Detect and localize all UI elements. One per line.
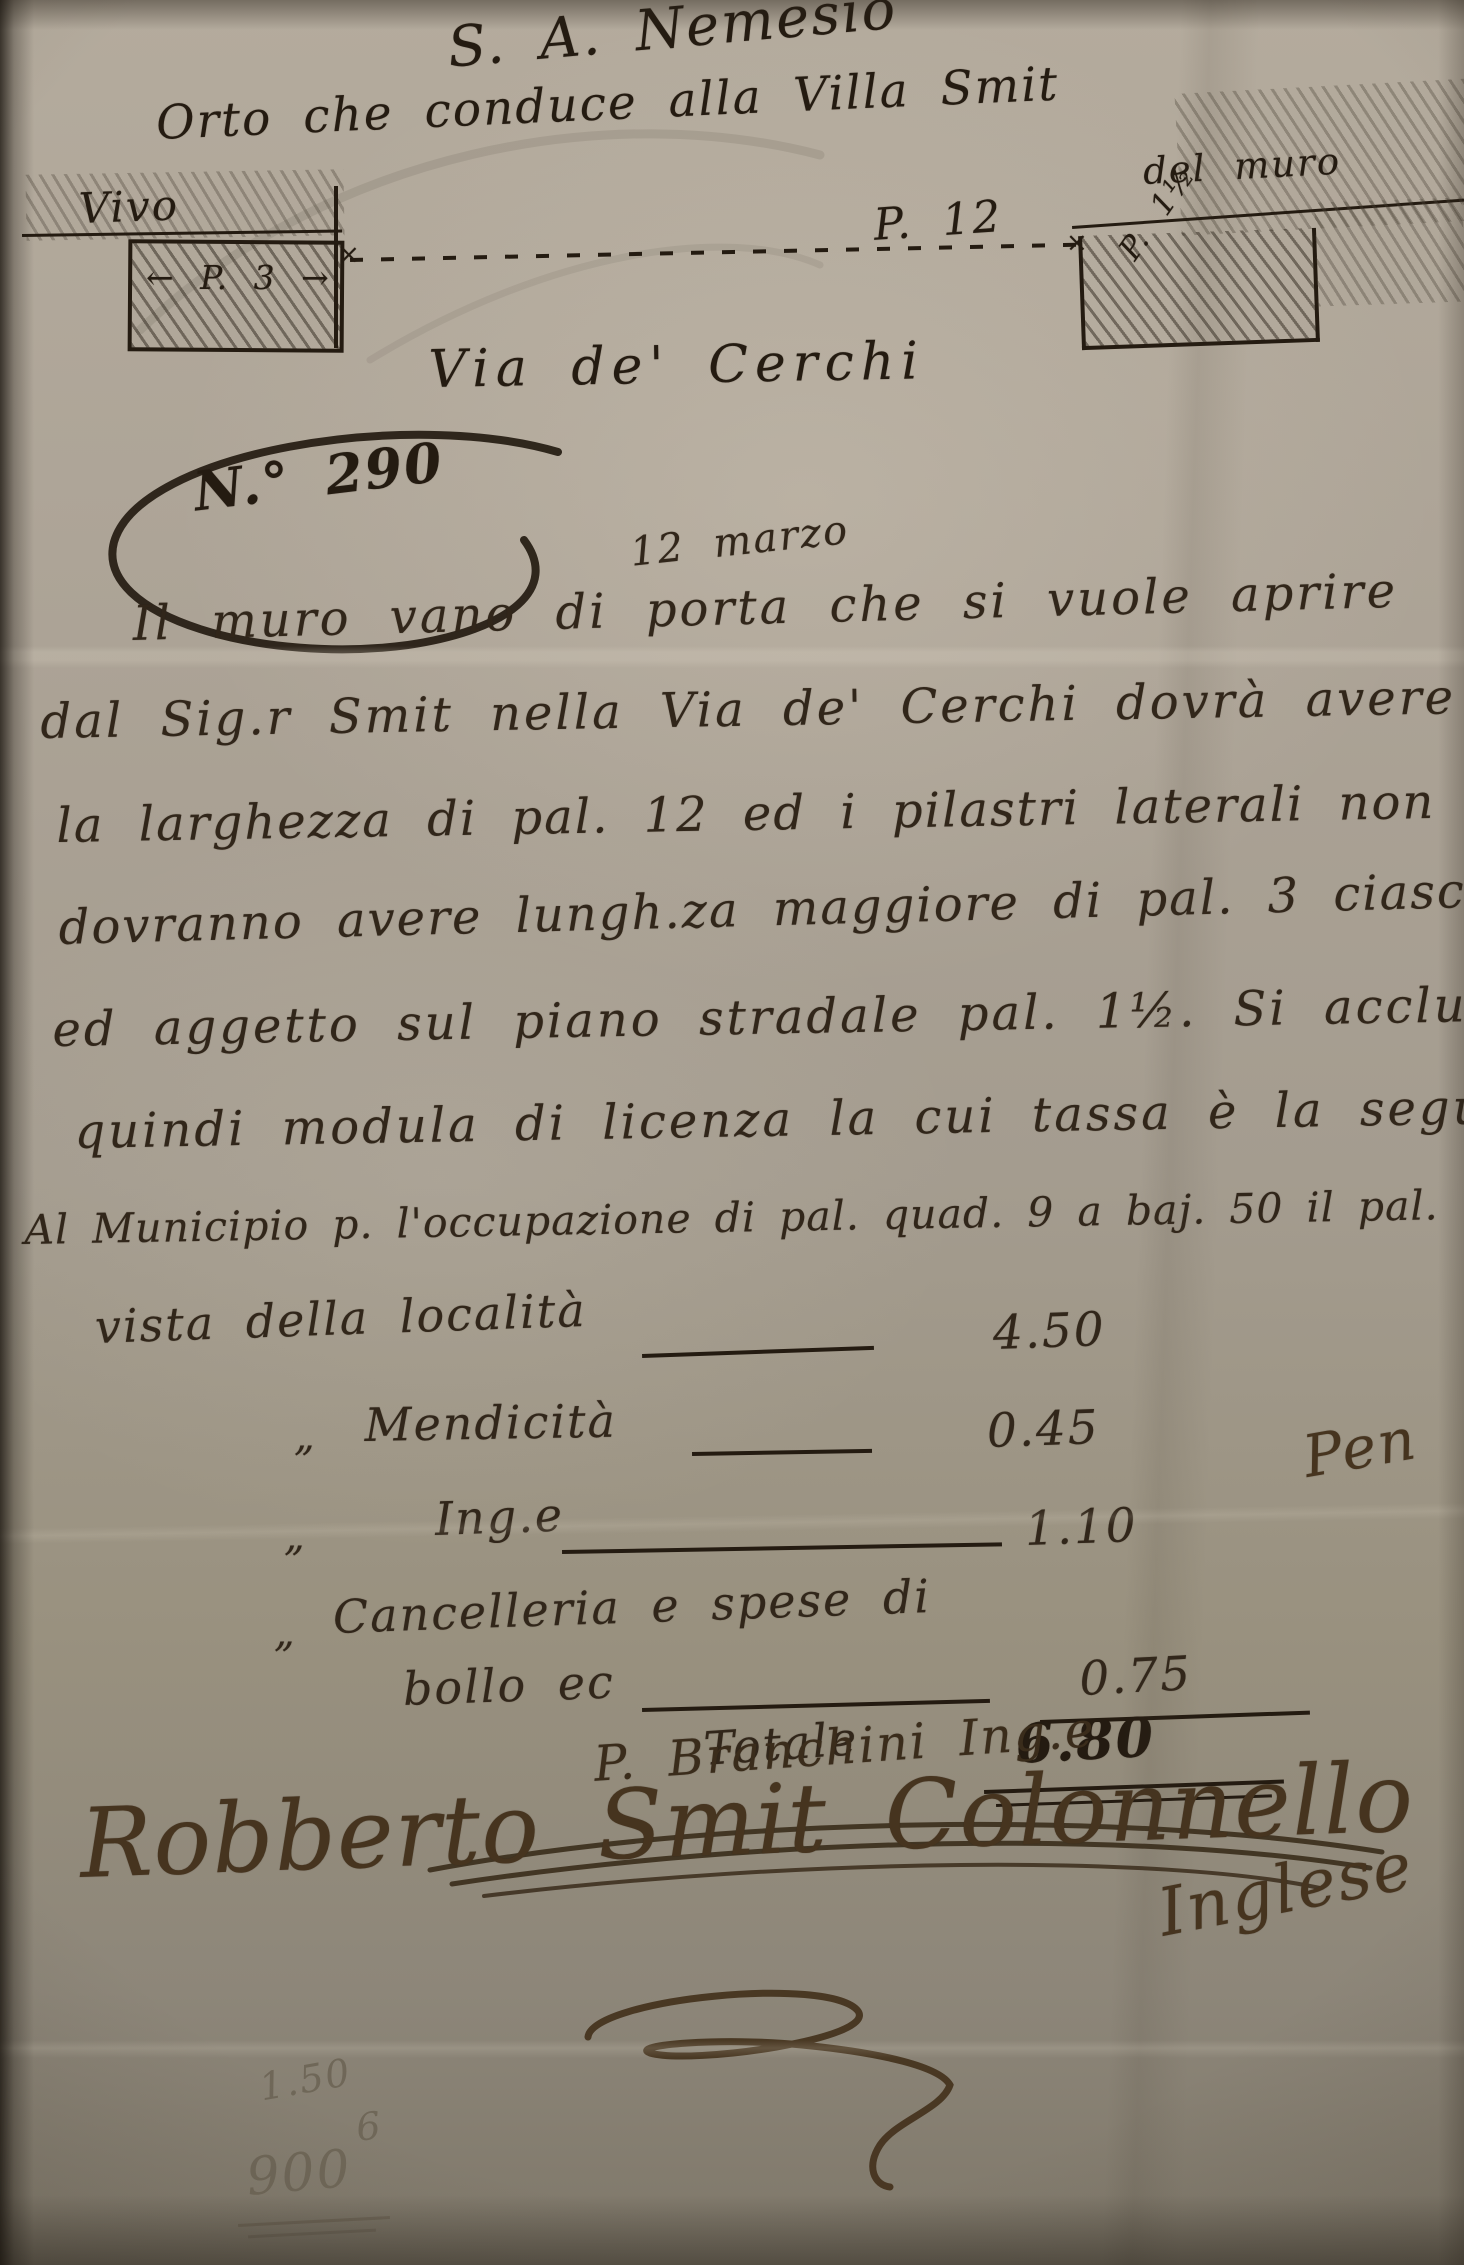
paraph-flourish [540, 1945, 970, 2195]
ditto-mark: „ [294, 1414, 317, 1460]
fee-value: 0.45 [986, 1400, 1101, 1459]
fee-label: bollo ec [402, 1655, 616, 1716]
pencil-note: 6 [354, 2103, 385, 2149]
fee-value: 4.50 [992, 1302, 1107, 1361]
registration-date: 12 marzo [628, 507, 851, 576]
ditto-mark: „ [284, 1514, 307, 1560]
fee-label: Mendicità [364, 1394, 617, 1452]
fee-value: 0.75 [1078, 1646, 1193, 1707]
pencil-note: 900 [244, 2139, 354, 2208]
right-edge-hatching [1314, 197, 1464, 306]
fee-label: Ing.e [434, 1487, 565, 1545]
pencil-underline [248, 2229, 376, 2239]
fee-dash [692, 1449, 872, 1456]
left-wall-label: Vivo [78, 181, 180, 233]
fee-dash [642, 1699, 990, 1712]
pencil-underline [238, 2216, 390, 2227]
opening-end-mark-left: × [338, 240, 362, 270]
body-line: la larghezza di pal. 12 ed i pilastri la… [56, 774, 1436, 854]
body-line: dovranno avere lungh.za maggiore di pal.… [58, 860, 1464, 956]
margin-note: Pen [1298, 1404, 1422, 1491]
fee-dash [642, 1346, 874, 1358]
street-name: Via de' Cerchi [428, 331, 925, 400]
body-line: quindi modula di licenza la cui tassa è … [74, 1077, 1464, 1160]
fee-label: Cancelleria e spese di [332, 1569, 932, 1644]
pencil-note: 1.50 [256, 2050, 355, 2109]
dim-arrow-left-icon: ← [146, 258, 175, 297]
fee-label: vista della località [94, 1283, 587, 1354]
opening-dimension-label: P. 12 [872, 191, 1004, 251]
body-line: ed aggetto sul piano stradale pal. 1½. S… [52, 976, 1464, 1058]
ditto-mark: „ [274, 1610, 297, 1656]
manuscript-photo: S. A. Nemesio Orto che conduce alla Vill… [0, 0, 1464, 2265]
left-wall-dim-text: P. 3 [200, 258, 276, 297]
fee-dash [562, 1542, 1002, 1554]
fee-value: 1.10 [1024, 1498, 1139, 1557]
body-line: dal Sig.r Smit nella Via de' Cerchi dovr… [40, 669, 1457, 750]
dim-arrow-right-icon: → [301, 258, 330, 297]
left-wall-dimension: ← P. 3 → [146, 258, 330, 297]
body-line: Al Municipio p. l'occupazione di pal. qu… [24, 1179, 1464, 1254]
